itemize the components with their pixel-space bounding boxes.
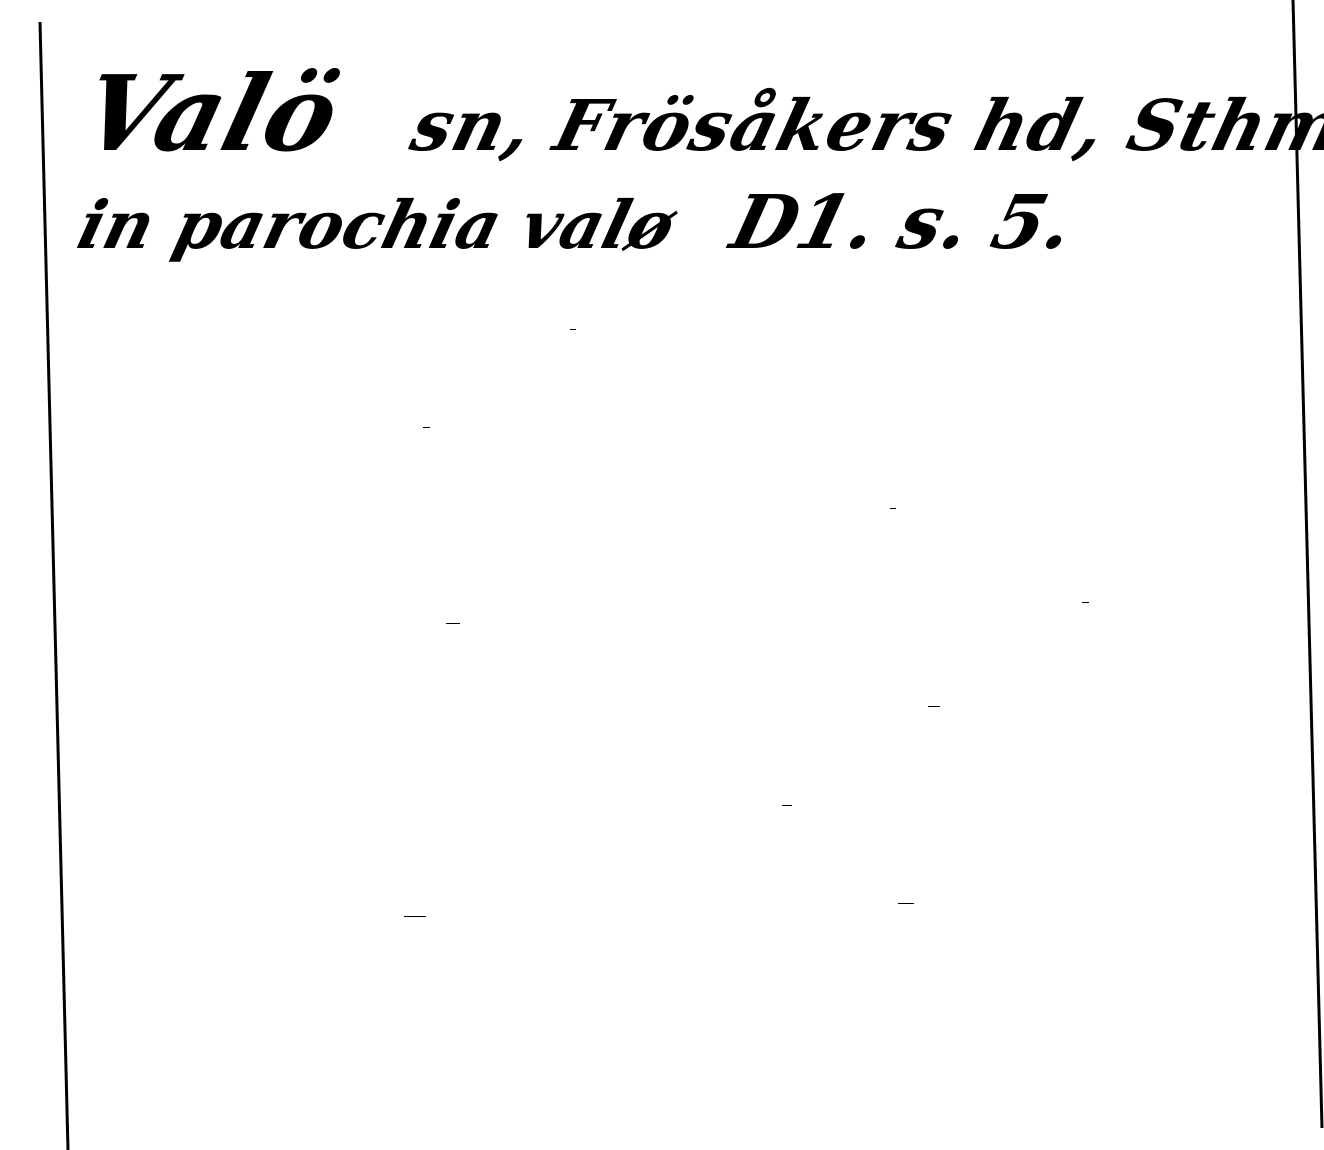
scan-speck <box>1082 602 1089 603</box>
headword: Valö <box>70 52 352 175</box>
scan-speck <box>898 903 914 904</box>
location-description: sn, Frösåkers hd, Sthml. <box>403 84 1324 167</box>
handwritten-line-2: in parochia valøD1. s. 5. <box>70 180 1082 266</box>
latin-phrase: in parochia valø <box>70 186 682 264</box>
scan-speck <box>890 508 896 509</box>
scan-speck <box>928 706 940 707</box>
handwritten-line-1: Valösn, Frösåkers hd, Sthml. <box>70 52 1324 175</box>
scan-speck <box>570 329 576 330</box>
scan-speck <box>782 805 792 806</box>
scan-speck <box>423 427 430 428</box>
scan-speck <box>446 623 460 624</box>
scan-speck <box>404 916 426 917</box>
left-border-line <box>40 22 68 1150</box>
source-reference: D1. s. 5. <box>723 180 1082 266</box>
index-card: Valösn, Frösåkers hd, Sthml. in parochia… <box>0 0 1324 1150</box>
